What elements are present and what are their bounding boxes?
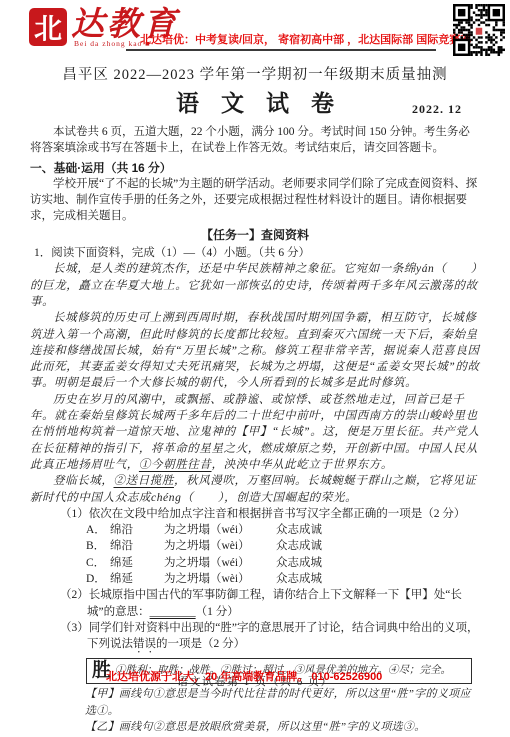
exam-notice: 本试卷共 6 页，五道大题，22 个小题，满分 100 分。考试时间 150 分… [30, 124, 480, 157]
paper-body: 昌平区 2022—2023 学年第一学期初一年级期末质量抽测 语文试卷 2022… [0, 65, 510, 735]
option-a-col2: 为之坍塌（wéi） [164, 522, 276, 538]
option-row-b: B． 绵沿 为之坍塌（wèi） 众志成诚 [86, 538, 480, 554]
option-c-col3: 众志成城 [276, 555, 480, 571]
sub-question-2-text: 长城原指中国古代的军事防御工程，请你结合上下文解释一下【甲】处“长城”的意思： [87, 589, 462, 617]
passage-text: 登临长城， [53, 475, 114, 487]
reading-passage: 长城，是人类的建筑杰作，还是中华民族精神之象征。它宛如一条绵yán（ ）的巨龙，… [30, 261, 480, 505]
sub-question-3-label: （3） [60, 622, 89, 634]
section-1-heading: 一、基础·运用（共 16 分） [30, 160, 480, 176]
section-1-intro: 学校开展“了不起的长城”为主题的研学活动。老师要求同学们除了完成查阅资料、探访实… [30, 176, 480, 225]
option-a-label: A． [86, 522, 110, 538]
sub-question-1-text: 依次在文段中给加点字注音和根据拼音书写汉字全都正确的一项是（2 分） [89, 508, 466, 520]
student-yi-statement: 【乙】画线句②意思是放眼欣赏美景，所以这里“胜”字的义项选③。 [85, 719, 480, 735]
sub-question-2-label: （2） [60, 589, 89, 601]
header-divider [126, 49, 436, 51]
passage-text: ，泱泱中华从此屹立于世界东方。 [212, 459, 394, 471]
sub-question-2-points: （1 分） [196, 606, 239, 618]
sub-question-1: （1）依次在文段中给加点字注音和根据拼音书写汉字全都正确的一项是（2 分） [60, 506, 480, 522]
passage-paragraph-2: 长城修筑的历史可上溯到西周时期，春秋战国时期列国争霸，相互防守，长城修筑进入第一… [30, 310, 480, 391]
sub-question-3: （3）同学们针对资料中出现的“胜”字的意思展开了讨论，结合词典中给出的义项，下列… [60, 620, 480, 656]
option-b-col2: 为之坍塌（wèi） [164, 538, 276, 554]
sub-question-1-label: （1） [60, 508, 89, 520]
passage-paragraph-3: 历史在岁月的风潮中，或飘摇、或静谧、或惊悸、或苍然地走过，回首已是千年。就在秦始… [30, 392, 480, 473]
option-row-d: D． 绵延 为之坍塌（wèi） 众志成城 [86, 571, 480, 587]
paper-title: 语文试卷 [154, 91, 356, 116]
task-1-title: 【任务一】查阅资料 [30, 227, 480, 243]
question-1-stem: 1．阅读下面资料，完成（1）—（4）小题。（共 6 分） [34, 245, 480, 261]
brand-seal-logo: 北 [29, 8, 67, 46]
passage-paragraph-4: 登临长城，②送日揽胜，秋风漫吹，万壑回响。长城蜿蜒于群山之巅，它将见证新时代的中… [30, 473, 480, 506]
underlined-phrase-2: ②送日揽胜 [114, 475, 175, 487]
option-a-col3: 众志成诚 [276, 522, 480, 538]
qr-code [453, 4, 505, 56]
option-row-a: A． 绵沿 为之坍塌（wéi） 众志成诚 [86, 522, 480, 538]
option-d-label: D． [86, 571, 110, 587]
option-b-col3: 众志成诚 [276, 538, 480, 554]
answer-blank: ________ [150, 606, 196, 618]
paper-title-row: 语文试卷 2022. 12 [30, 87, 480, 121]
option-d-col3: 众志成城 [276, 571, 480, 587]
footer-promo: 北达培优源于北大，20 年高端教育品牌。 010-62526900 [106, 668, 382, 684]
option-c-label: C． [86, 555, 110, 571]
option-c-col2: 为之坍塌（wéi） [164, 555, 276, 571]
promo-banner: 北达培优：中考复读/回京， 寄宿初高中部 ，北达国际部 国际竞赛部 [140, 31, 471, 47]
emphasized-word: 错误 [133, 638, 156, 650]
sub-question-3-points: 的一项是（2 分） [156, 638, 245, 650]
option-row-c: C． 绵延 为之坍塌（wéi） 众志成城 [86, 555, 480, 571]
exam-title: 昌平区 2022—2023 学年第一学期初一年级期末质量抽测 [30, 65, 480, 85]
option-d-col1: 绵延 [110, 571, 164, 587]
option-b-col1: 绵沿 [110, 538, 164, 554]
exam-date: 2022. 12 [412, 101, 462, 117]
option-d-col2: 为之坍塌（wèi） [164, 571, 276, 587]
option-a-col1: 绵沿 [110, 522, 164, 538]
sub-question-2: （2）长城原指中国古代的军事防御工程，请你结合上下文解释一下【甲】处“长城”的意… [60, 587, 480, 620]
underlined-phrase-1: ①今朝胜往昔 [139, 459, 212, 471]
passage-paragraph-1: 长城，是人类的建筑杰作，还是中华民族精神之象征。它宛如一条绵yán（ ）的巨龙，… [30, 261, 480, 310]
exam-paper-page: 北 达教育 Bei da zhong kao ■ 北达培优：中考复读/回京， 寄… [0, 0, 510, 737]
page-footer: 语文试卷第 1 页（共 6 页） 北达培优源于北大，20 年高端教育品牌。 01… [0, 664, 510, 696]
option-c-col1: 绵延 [110, 555, 164, 571]
header: 北 达教育 Bei da zhong kao ■ 北达培优：中考复读/回京， 寄… [0, 0, 510, 58]
option-b-label: B． [86, 538, 110, 554]
